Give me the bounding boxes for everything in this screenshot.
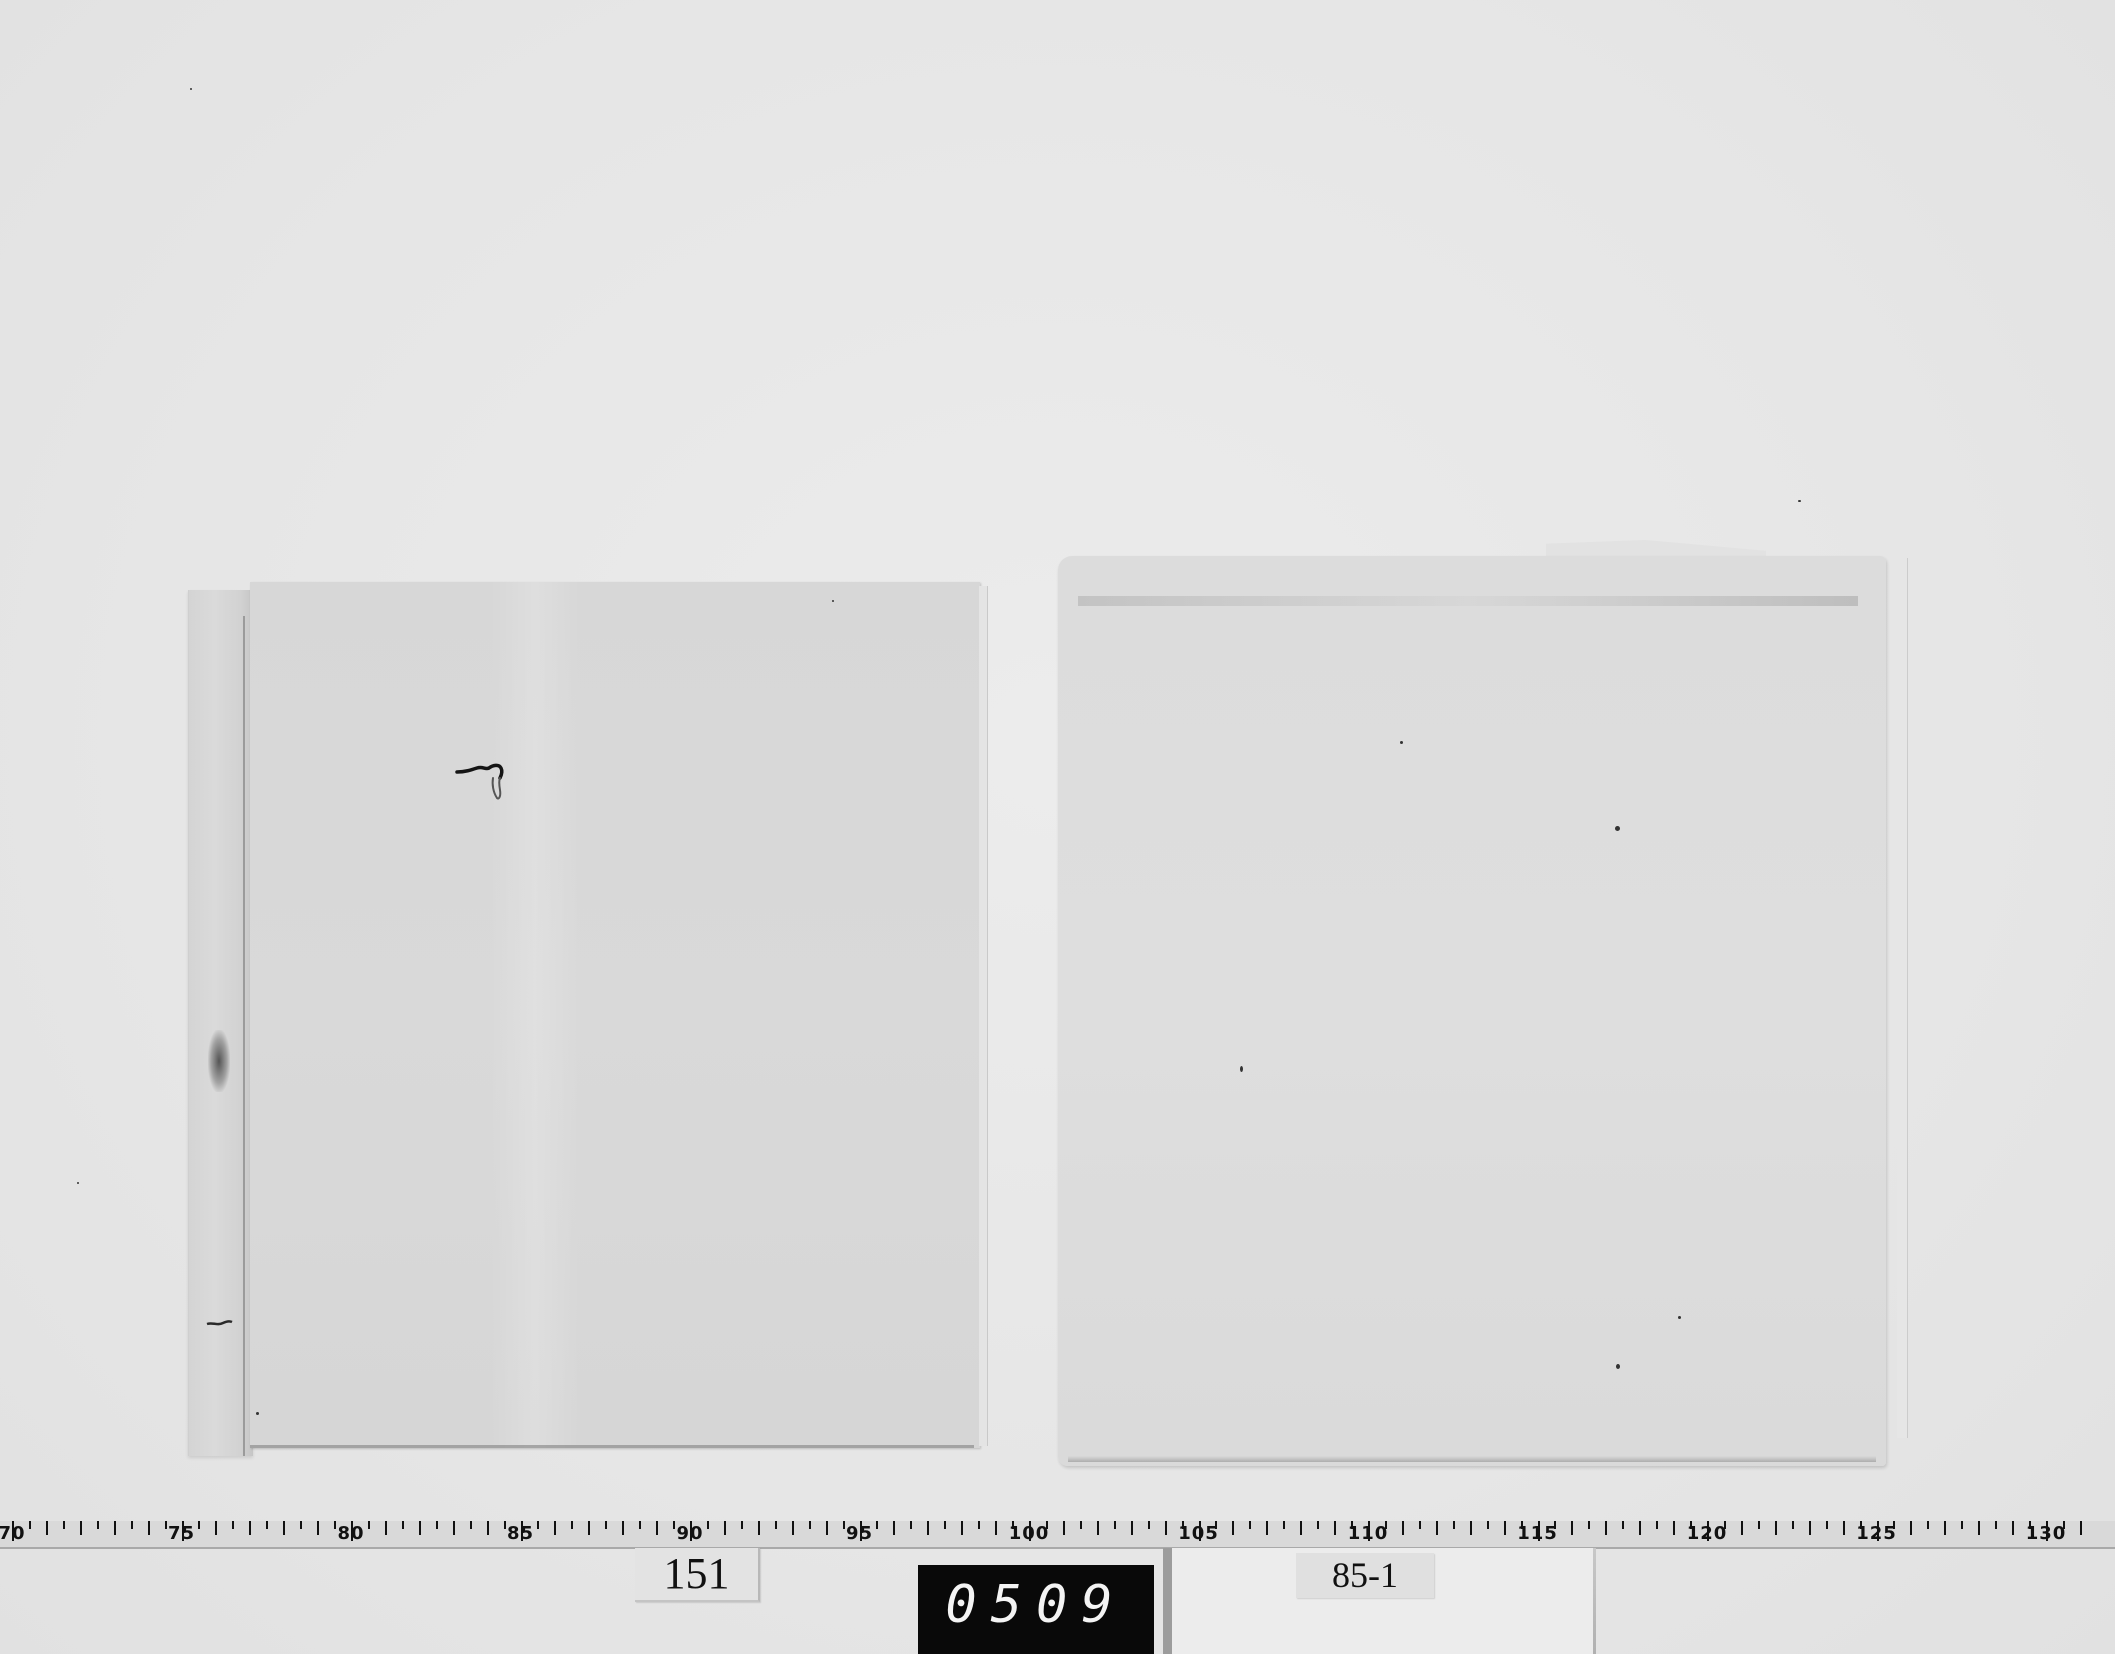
ruler-tick [1232,1521,1234,1535]
ruler-tick [1605,1521,1607,1535]
ruler-tick [775,1521,777,1529]
ruler-tick [893,1521,895,1535]
ruler-tick [165,1521,167,1529]
ruler-label: 70 [0,1523,26,1544]
ruler-tick [2080,1521,2082,1535]
ruler-tick [910,1521,912,1529]
cover-page-edge [979,586,988,1446]
ruler-tick [1622,1521,1624,1529]
left-document-cover [250,582,980,1448]
ruler-label: 90 [676,1523,703,1544]
ruler-tick [758,1521,760,1535]
ruler-tick [198,1521,200,1529]
ruler-tick [944,1521,946,1529]
ruler-tick [978,1521,980,1529]
ruler-tick [1317,1521,1319,1529]
ruler-label: 80 [337,1523,364,1544]
ruler-tick [1080,1521,1082,1529]
ruler-tick [1487,1521,1489,1529]
ruler-label: 95 [846,1523,873,1544]
ruler-tick [1063,1521,1065,1535]
dust-speck [832,600,834,602]
ruler-tick [876,1521,878,1529]
ruler-tick [537,1521,539,1529]
spine-ink-mark-icon [205,1318,233,1328]
label-card-edge [1163,1548,1172,1654]
ruler-tick [504,1521,506,1529]
ruler-tick [1419,1521,1421,1529]
dust-speck [77,1182,79,1184]
label-card-divider [1593,1548,1596,1654]
ruler-tick [639,1521,641,1529]
ruler-tick [487,1521,489,1535]
ruler-tick [1165,1521,1167,1535]
ruler-tick [453,1521,455,1535]
ruler-tick [554,1521,556,1535]
dust-speck [1400,741,1403,744]
ruler-tick [741,1521,743,1529]
ruler-tick [1504,1521,1506,1535]
ruler-tick [673,1521,675,1529]
ruler-tick [605,1521,607,1529]
ruler-tick [1927,1521,1929,1529]
ruler-tick [1402,1521,1404,1535]
dust-speck [1240,1066,1243,1072]
ruler-tick [707,1521,709,1529]
ruler-tick [2012,1521,2014,1535]
ruler-tick [1571,1521,1573,1535]
ruler-tick [961,1521,963,1535]
ruler-tick [571,1521,573,1529]
reel-number-label: 151 [635,1548,760,1602]
dust-speck [1798,500,1801,502]
ruler-tick [419,1521,421,1535]
ruler-tick [1843,1521,1845,1535]
ruler-tick [1283,1521,1285,1529]
ruler-tick [1741,1521,1743,1535]
ruler-tick [1775,1521,1777,1535]
spine-stain [208,1030,230,1092]
ruler-tick [1961,1521,1963,1529]
dust-speck [1678,1316,1681,1319]
ruler-tick [724,1521,726,1535]
ruler-tick [1453,1521,1455,1529]
ruler-tick [266,1521,268,1529]
ruler-tick [1249,1521,1251,1529]
ink-squiggle-icon [455,762,507,802]
ruler-tick [470,1521,472,1529]
ruler-tick [300,1521,302,1529]
ruler-tick [63,1521,65,1529]
ruler-tick [995,1521,997,1535]
ruler-tick [1910,1521,1912,1535]
ruler-tick [1995,1521,1997,1529]
cover-top-stain [1078,596,1858,606]
right-document [1058,540,1898,1470]
ruler-tick [1097,1521,1099,1535]
ruler-label: 75 [168,1523,195,1544]
ruler-tick [1334,1521,1336,1535]
dust-speck [1616,1364,1620,1369]
left-document [188,578,988,1458]
dust-speck [256,1412,259,1415]
ruler-tick [826,1521,828,1535]
ruler-tick [1826,1521,1828,1529]
right-document-cover [1058,556,1886,1466]
ruler-label: 125 [1856,1523,1897,1544]
ruler-tick [1148,1521,1150,1529]
ruler-tick [97,1521,99,1529]
ruler-tick [385,1521,387,1535]
ruler-label: 110 [1348,1523,1389,1544]
dust-speck [1615,826,1620,831]
ruler-tick [232,1521,234,1529]
ruler-tick [622,1521,624,1535]
ruler-tick [402,1521,404,1529]
ruler-tick [1588,1521,1590,1529]
ruler-tick [1470,1521,1472,1535]
ruler-tick [1436,1521,1438,1535]
cover-light-band [490,582,580,1448]
measuring-ruler: 707580859095100105110115120125130 [0,1521,2115,1549]
ruler-tick [809,1521,811,1529]
ruler-tick [131,1521,133,1529]
ruler-tick [1978,1521,1980,1535]
ruler-label: 105 [1178,1523,1219,1544]
ruler-tick [1114,1521,1116,1529]
ruler-tick [114,1521,116,1535]
ruler-tick [334,1521,336,1529]
ruler-tick [656,1521,658,1535]
ruler-tick [1673,1521,1675,1535]
dust-speck [190,88,192,90]
frame-counter: 0509 [918,1565,1154,1654]
ruler-tick [588,1521,590,1535]
ruler-tick [843,1521,845,1529]
ruler-label: 120 [1687,1523,1728,1544]
ruler-tick [1131,1521,1133,1535]
ruler-tick [1792,1521,1794,1529]
ruler-tick [80,1521,82,1535]
item-code-label: 85-1 [1296,1553,1434,1598]
ruler-tick [1639,1521,1641,1535]
ruler-tick [249,1521,251,1535]
ruler-tick [1300,1521,1302,1535]
ruler-label: 115 [1517,1523,1558,1544]
ruler-label: 85 [507,1523,534,1544]
ruler-tick [368,1521,370,1529]
ruler-tick [1656,1521,1658,1529]
ruler-tick [436,1521,438,1529]
ruler-tick [283,1521,285,1535]
ruler-tick [148,1521,150,1535]
cover-page-edge [1897,558,1908,1438]
ruler-tick [1758,1521,1760,1529]
ruler-tick [927,1521,929,1535]
ruler-tick [317,1521,319,1535]
ruler-label: 100 [1009,1523,1050,1544]
ruler-tick [1809,1521,1811,1535]
ruler-tick [1944,1521,1946,1535]
ruler-tick [792,1521,794,1535]
ruler-tick [29,1521,31,1529]
spine-binding-line [243,616,245,1456]
ruler-tick [215,1521,217,1535]
ruler-tick [1266,1521,1268,1535]
ruler-tick [46,1521,48,1535]
ruler-label: 130 [2026,1523,2067,1544]
